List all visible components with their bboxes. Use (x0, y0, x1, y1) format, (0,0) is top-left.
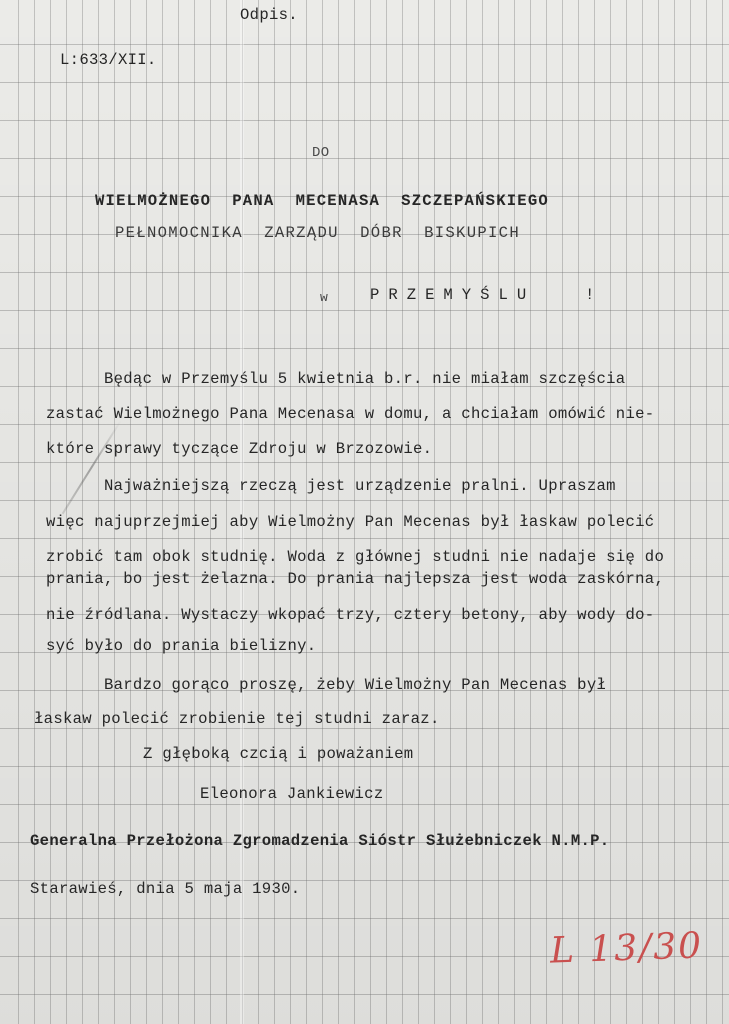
body-line: prania, bo jest żelazna. Do prania najle… (46, 570, 664, 588)
place-and-date: Starawieś, dnia 5 maja 1930. (30, 880, 300, 898)
body-line: zrobić tam obok studnię. Woda z głównej … (46, 548, 664, 566)
body-line: zastać Wielmożnego Pana Mecenasa w domu,… (46, 405, 654, 423)
body-line: łaskaw polecić zrobienie tej studni zara… (34, 710, 440, 728)
paper-fold (240, 0, 244, 1024)
body-line: Bardzo gorąco proszę, żeby Wielmożny Pan… (46, 676, 606, 694)
addressee-line-1: WIELMOŻNEGO PANA MECENASA SZCZEPAŃSKIEGO (95, 192, 549, 210)
handwritten-archive-annotation: L 13/30 (549, 925, 703, 971)
place-prefix: w (320, 290, 328, 305)
signature-title: Generalna Przełożona Zgromadzenia Sióstr… (30, 832, 609, 850)
body-line: więc najuprzejmiej aby Wielmożny Pan Mec… (46, 513, 654, 531)
body-line: nie źródlana. Wystaczy wkopać trzy, czte… (46, 606, 654, 624)
body-line: Będąc w Przemyślu 5 kwietnia b.r. nie mi… (46, 370, 625, 388)
place-exclamation: ! (585, 286, 595, 304)
body-line: Najważniejszą rzeczą jest urządzenie pra… (46, 477, 616, 495)
closing-salutation: Z głęboką czcią i poważaniem (143, 745, 413, 763)
place-name: PRZEMYŚLU (370, 286, 535, 304)
grid-paper-sheet: Odpis. L:633/XII. DO WIELMOŻNEGO PANA ME… (0, 0, 729, 1024)
reference-number: L:633/XII. (60, 51, 157, 69)
copy-label: Odpis. (240, 6, 298, 24)
addressee-line-2: PEŁNOMOCNIKA ZARZĄDU DÓBR BISKUPICH (115, 224, 520, 242)
to-label: DO (312, 145, 329, 161)
body-line: syć było do prania bielizny. (46, 637, 316, 655)
signature-name: Eleonora Jankiewicz (200, 785, 384, 803)
pencil-stroke-mark (62, 420, 122, 514)
